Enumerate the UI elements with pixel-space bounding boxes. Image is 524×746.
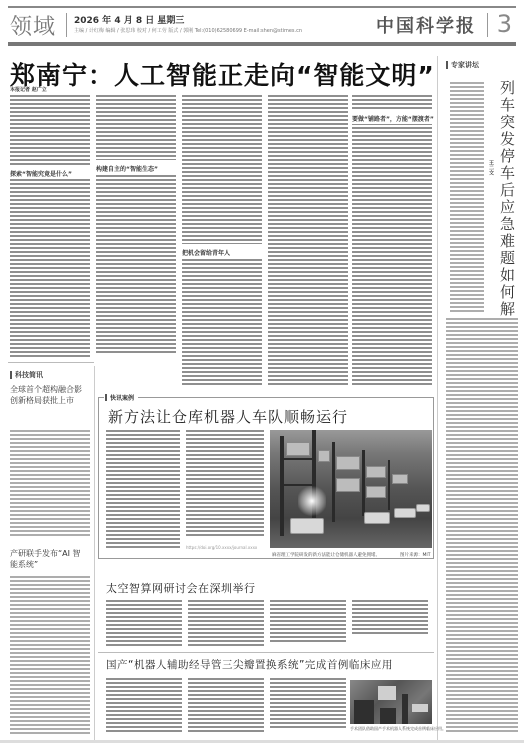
commentary-body-bottom <box>446 318 518 734</box>
lead-headline[interactable]: 郑南宁：人工智能正走向“智能文明” <box>10 56 435 92</box>
lead-subhead-3: 把机会留给青年人 <box>182 244 262 258</box>
feature-body-col-1 <box>106 430 180 550</box>
divider <box>487 13 488 37</box>
feature-body-col-2 <box>186 430 264 536</box>
feature-headline[interactable]: 新方法让仓库机器人车队顺畅运行 <box>108 406 348 427</box>
lead-subhead-2: 构建自主的“智能生态” <box>96 160 176 174</box>
masthead-top-rule <box>8 6 516 8</box>
brief-body-1 <box>10 430 90 538</box>
section-name: 领域 <box>10 10 56 41</box>
feature-url[interactable]: https://doi.org/10.xxxx/journal.xxxx <box>186 545 257 550</box>
masthead: 领域 2026 年 4 月 8 日 星期三 主编 / 计红梅 编辑 / 张思玮 … <box>8 10 516 40</box>
paper-name-logo: 中国科学报 <box>376 12 476 38</box>
section-rule <box>8 362 94 363</box>
section-rule <box>98 652 434 653</box>
robot-body-col-2 <box>188 678 264 734</box>
briefs-tag: 科技简讯 <box>10 370 43 380</box>
robot-story-headline[interactable]: 国产“机器人辅助经导管三尖瓣置换系统”完成首例临床应用 <box>106 657 393 672</box>
page-number: 3 <box>497 10 512 38</box>
lead-body-col-3 <box>182 95 262 387</box>
feature-photo-caption: 麻省理工学院研发的新方法能让仓储机器人避免拥堵。 <box>272 552 380 558</box>
robot-body-col-3 <box>270 678 346 730</box>
lead-body-col-4 <box>268 95 348 387</box>
warehouse-robot-photo <box>270 430 432 548</box>
surgery-photo-caption: 手术团队借助国产手术机器人系统完成首例临床应用。 <box>350 726 446 732</box>
feature-tag: 快讯案例 <box>104 393 138 402</box>
commentary-body-top <box>450 82 484 314</box>
brief-headline-1[interactable]: 全球首个超构融合影创新格局获批上市 <box>10 384 88 406</box>
commentary-author: 王二文 <box>488 160 495 175</box>
robot-body-col-1 <box>106 678 182 734</box>
brief-headline-2[interactable]: 产研联手发布“AI 智能系统” <box>10 548 88 570</box>
lead-body-col-5 <box>352 95 432 387</box>
column-rule <box>94 366 95 740</box>
lead-body-col-1 <box>10 95 90 357</box>
lead-subhead-1: 探索“智能究竟是什么” <box>10 165 90 179</box>
lead-body-col-2 <box>96 95 176 353</box>
masthead-bottom-rule <box>8 42 516 46</box>
space-body-col-4 <box>352 600 428 636</box>
feature-photo-credit: 图片来源：MIT <box>400 552 430 558</box>
brief-body-2 <box>10 576 90 736</box>
lead-subhead-4: 要做“铺路者”，方能“摆渡者” <box>352 110 432 124</box>
commentary-tag: 专家讲坛 <box>446 60 479 70</box>
space-body-col-2 <box>188 600 264 646</box>
surgery-photo <box>350 680 432 724</box>
space-body-col-3 <box>270 600 346 644</box>
issue-date: 2026 年 4 月 8 日 星期三 <box>74 13 184 26</box>
commentary-title[interactable]: 列车突发停车后应急难题如何解 <box>494 80 516 318</box>
space-story-headline[interactable]: 太空智算网研讨会在深圳举行 <box>106 580 256 596</box>
divider <box>66 13 67 37</box>
page-footer-rule <box>0 740 524 743</box>
column-rule <box>437 56 438 740</box>
lead-byline: 本报记者 赵广立 <box>10 86 47 93</box>
space-body-col-1 <box>106 600 182 646</box>
editorial-credits: 主编 / 计红梅 编辑 / 张思玮 校对 / 何工劳 版式 / 郭刚 Tel:(… <box>74 27 302 34</box>
